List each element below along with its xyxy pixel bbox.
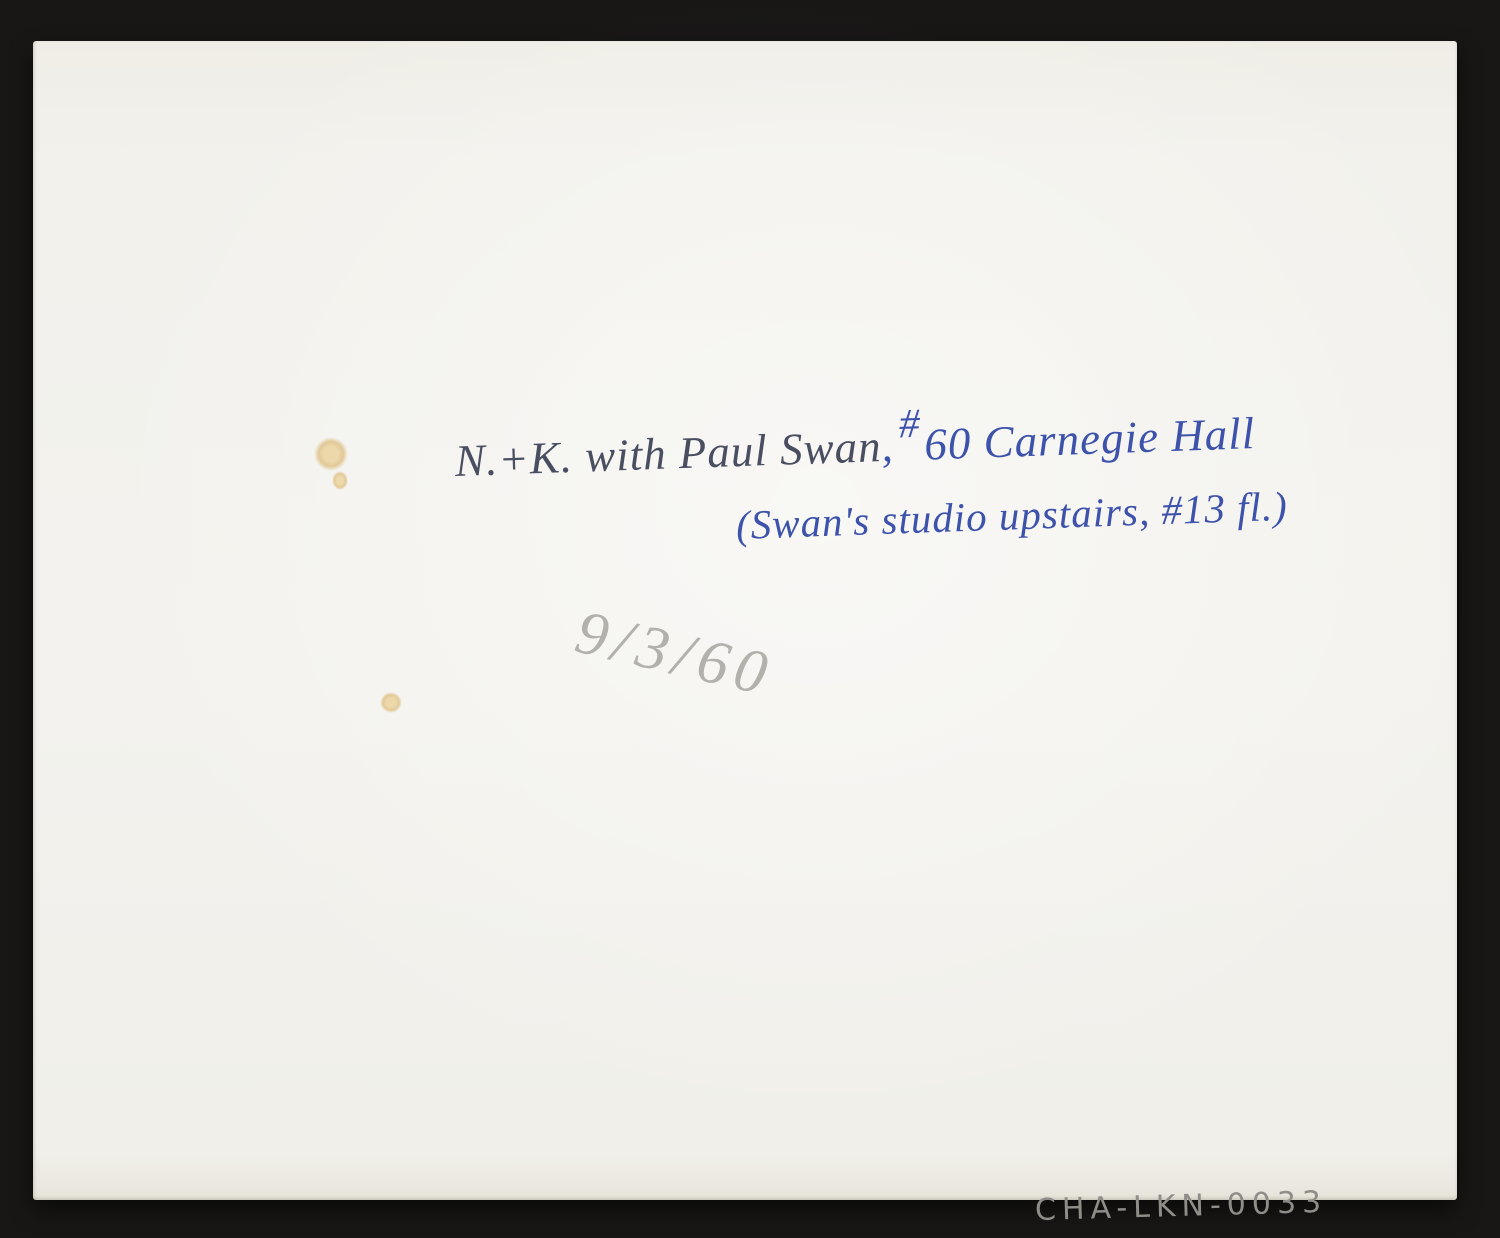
date-annotation: 9/3/60 [569,597,780,711]
number-sign-superscript: # [898,400,921,447]
caption-comma: , [881,421,895,471]
black-backdrop: N.+K. with Paul Swan,#60 Carnegie Hall (… [0,0,1500,1238]
stain-small [332,471,348,490]
stain-large [314,437,348,471]
caption-name-text: N.+K. with Paul Swan [454,421,882,486]
caption-line-2: (Swan's studio upstairs, #13 fl.) [735,482,1288,549]
caption-line-1: N.+K. with Paul Swan,#60 Carnegie Hall [454,407,1256,487]
stain-lower [380,692,402,713]
catalog-number: CHA-LKN-0033 [1035,1185,1328,1228]
photo-verso-card: N.+K. with Paul Swan,#60 Carnegie Hall (… [33,41,1457,1200]
caption-address-text: 60 Carnegie Hall [923,408,1256,470]
